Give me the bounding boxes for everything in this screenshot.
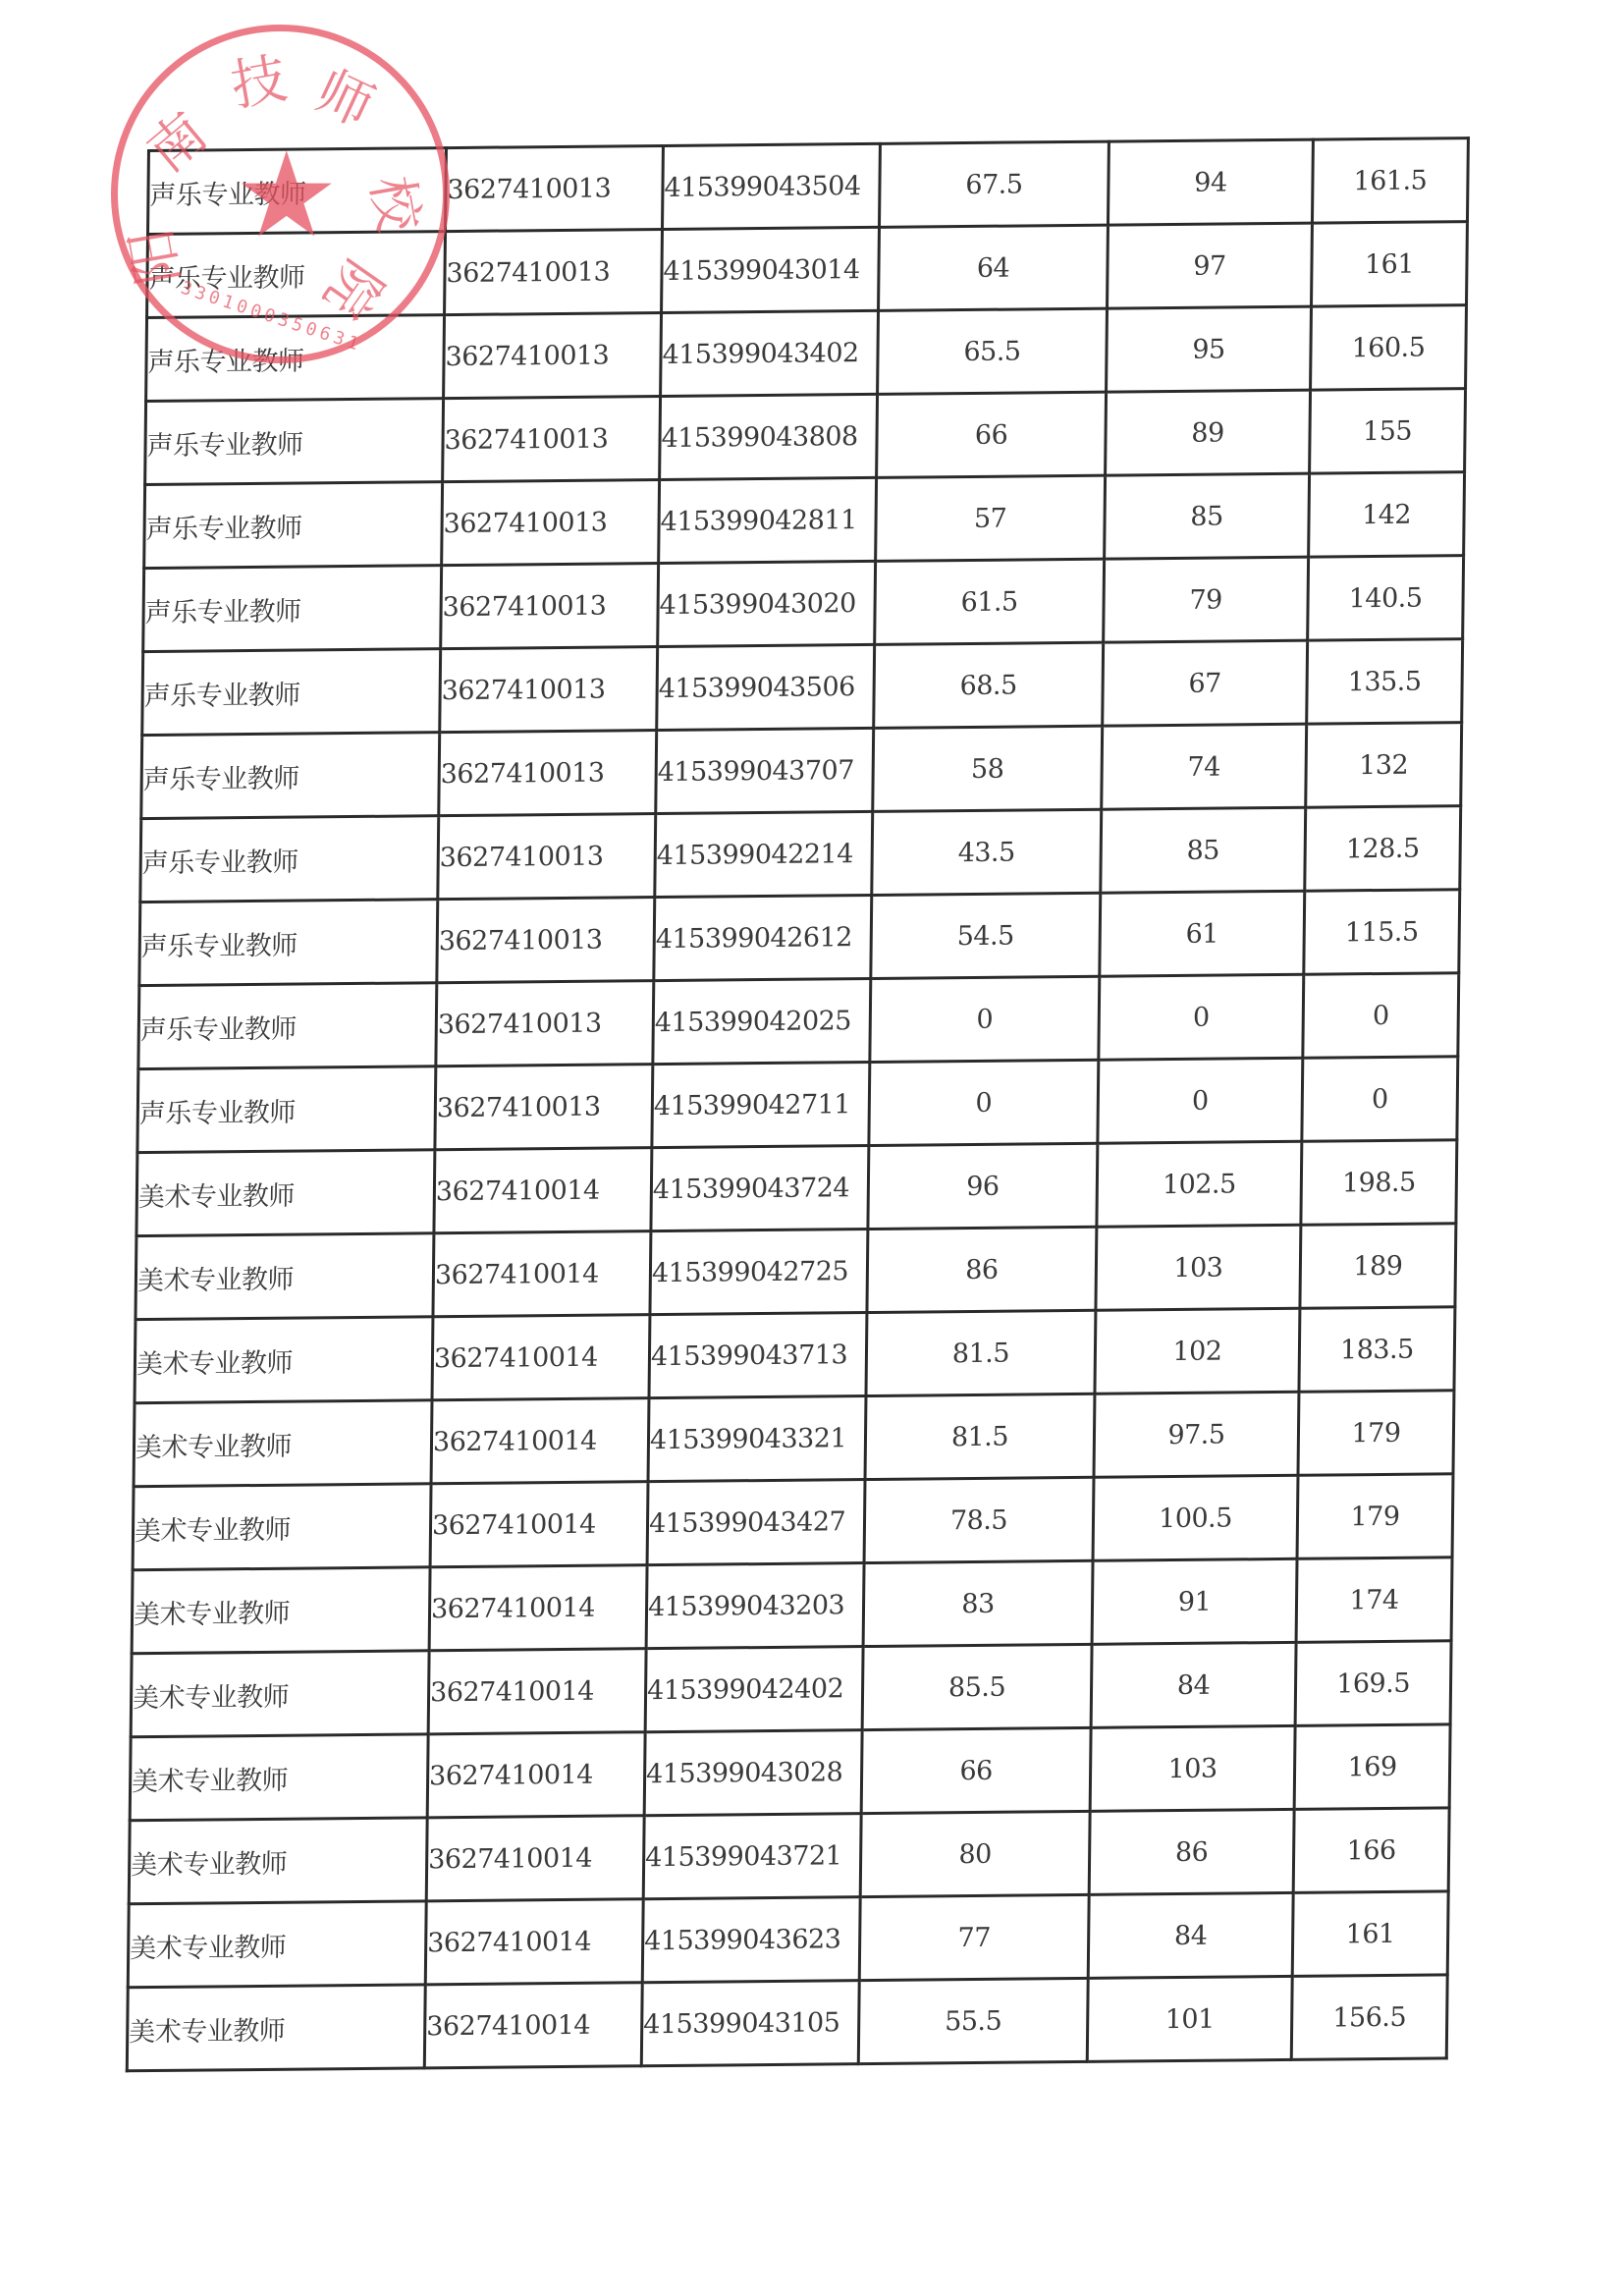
ticket-number-cell: 415399043321 [648,1396,866,1482]
post-name-cell: 声乐专业教师 [140,816,439,902]
post-code-cell: 3627410013 [437,898,655,983]
interview-score-cell: 103 [1090,1725,1295,1811]
interview-score-cell: 97 [1108,223,1313,308]
interview-score-cell: 79 [1104,557,1309,642]
table-row: 声乐专业教师362741001341539904302061.579140.5 [143,556,1464,652]
ticket-number-cell: 415399043707 [656,728,874,813]
table-row: 美术专业教师362741001441539904272586103189 [135,1224,1456,1320]
post-name-cell: 声乐专业教师 [148,148,447,235]
written-score-cell: 81.5 [865,1394,1095,1479]
table-row: 美术专业教师36274100144153990437218086166 [129,1808,1449,1904]
written-score-cell: 61.5 [875,559,1105,644]
seal-char: 师 [305,48,389,142]
post-name-cell: 美术专业教师 [130,1734,428,1821]
interview-score-cell: 67 [1103,640,1308,726]
interview-score-cell: 100.5 [1093,1475,1298,1560]
ticket-number-cell: 415399043724 [651,1145,869,1230]
post-name-cell: 美术专业教师 [134,1400,432,1487]
total-score-cell: 135.5 [1307,639,1463,725]
post-code-cell: 3627410014 [425,1899,643,1985]
post-code-cell: 3627410014 [431,1398,649,1484]
table-row: 声乐专业教师362741001341539904261254.561115.5 [139,890,1460,986]
total-score-cell: 161.5 [1312,138,1468,224]
total-score-cell: 155 [1310,389,1466,474]
table-row: 声乐专业教师36274100134153990428115785142 [144,472,1465,569]
written-score-cell: 0 [869,1060,1099,1145]
ticket-number-cell: 415399043713 [649,1313,867,1398]
table-row: 声乐专业教师36274100134153990437075874132 [141,723,1462,819]
post-name-cell: 声乐专业教师 [139,900,438,986]
ticket-number-cell: 415399042612 [654,895,872,980]
interview-score-cell: 86 [1089,1809,1294,1894]
interview-score-cell: 84 [1088,1892,1293,1978]
ticket-number-cell: 415399043623 [642,1897,860,1983]
table-row: 美术专业教师362741001441539904372496102.5198.5 [136,1140,1457,1236]
total-score-cell: 183.5 [1299,1307,1455,1393]
post-name-cell: 声乐专业教师 [141,733,440,819]
post-code-cell: 3627410013 [445,229,663,314]
post-code-cell: 3627410013 [441,564,659,649]
table-row: 美术专业教师362741001441539904310555.5101156.5 [127,1975,1447,2071]
post-code-cell: 3627410013 [438,814,656,900]
interview-score-cell: 0 [1098,1058,1303,1143]
ticket-number-cell: 415399043020 [658,561,876,646]
post-code-cell: 3627410014 [428,1649,646,1734]
ticket-number-cell: 415399043504 [662,143,880,229]
post-code-cell: 3627410013 [435,1065,653,1150]
table-row: 美术专业教师362741001441539904342778.5100.5179 [133,1474,1453,1570]
table-row: 美术专业教师362741001441539904371381.5102183.5 [135,1307,1455,1403]
seal-char: 技 [224,35,292,123]
ticket-number-cell: 415399043427 [647,1480,865,1565]
ticket-number-cell: 415399043203 [646,1563,864,1649]
ticket-number-cell: 415399042402 [645,1647,863,1732]
post-name-cell: 声乐专业教师 [145,399,444,485]
total-score-cell: 115.5 [1304,890,1460,975]
written-score-cell: 78.5 [864,1477,1094,1562]
post-code-cell: 3627410013 [446,145,664,231]
post-name-cell: 声乐专业教师 [142,649,441,736]
post-name-cell: 声乐专业教师 [147,232,446,318]
total-score-cell: 198.5 [1301,1140,1457,1226]
score-table: 声乐专业教师362741001341539904350467.594161.5声… [126,137,1470,2072]
table-row: 声乐专业教师3627410013415399042711000 [137,1057,1458,1153]
total-score-cell: 169 [1294,1724,1450,1810]
scanned-document-page: 声乐专业教师362741001341539904350467.594161.5声… [0,0,1623,2296]
written-score-cell: 80 [860,1811,1090,1896]
written-score-cell: 65.5 [878,308,1108,394]
ticket-number-cell: 415399042725 [650,1230,868,1315]
post-name-cell: 美术专业教师 [133,1484,431,1570]
ticket-number-cell: 415399043402 [661,310,879,396]
post-name-cell: 声乐专业教师 [137,1066,436,1153]
total-score-cell: 142 [1309,472,1465,558]
ticket-number-cell: 415399042711 [652,1062,870,1147]
post-name-cell: 美术专业教师 [127,1985,425,2071]
written-score-cell: 81.5 [866,1310,1096,1395]
total-score-cell: 169.5 [1295,1641,1451,1726]
written-score-cell: 0 [870,976,1100,1062]
table-row: 美术专业教师362741001441539904302866103169 [130,1724,1450,1821]
interview-score-cell: 101 [1087,1976,1292,2061]
interview-score-cell: 97.5 [1094,1392,1299,1477]
total-score-cell: 166 [1293,1808,1449,1893]
post-name-cell: 美术专业教师 [129,1818,427,1904]
ticket-number-cell: 415399042025 [653,978,871,1064]
total-score-cell: 174 [1296,1558,1452,1643]
post-code-cell: 3627410013 [443,396,661,481]
written-score-cell: 83 [863,1560,1093,1646]
written-score-cell: 96 [868,1143,1098,1229]
written-score-cell: 67.5 [879,141,1109,227]
post-code-cell: 3627410014 [433,1231,651,1317]
score-table-body: 声乐专业教师362741001341539904350467.594161.5声… [127,138,1468,2071]
ticket-number-cell: 415399043105 [641,1981,859,2066]
written-score-cell: 58 [873,726,1103,811]
table-row: 声乐专业教师36274100134153990438086689155 [145,389,1466,485]
interview-score-cell: 89 [1106,390,1311,475]
written-score-cell: 55.5 [858,1978,1088,2063]
post-name-cell: 美术专业教师 [128,1901,426,1988]
total-score-cell: 0 [1302,1057,1458,1142]
table-row: 声乐专业教师362741001341539904350668.567135.5 [142,639,1463,736]
interview-score-cell: 61 [1100,891,1305,976]
post-code-cell: 3627410014 [426,1816,644,1901]
post-name-cell: 美术专业教师 [135,1233,434,1320]
ticket-number-cell: 415399042214 [655,811,873,897]
post-code-cell: 3627410013 [444,312,662,398]
table-row: 声乐专业教师36274100134153990430146497161 [147,222,1468,318]
post-code-cell: 3627410013 [442,480,660,566]
written-score-cell: 43.5 [872,809,1102,895]
written-score-cell: 85.5 [862,1644,1092,1729]
total-score-cell: 189 [1300,1224,1456,1309]
total-score-cell: 132 [1306,723,1462,808]
interview-score-cell: 85 [1105,473,1310,559]
written-score-cell: 57 [876,475,1106,561]
post-name-cell: 美术专业教师 [135,1317,433,1403]
written-score-cell: 66 [877,392,1107,477]
table-row: 声乐专业教师362741001341539904221443.585128.5 [140,806,1461,902]
total-score-cell: 179 [1298,1391,1454,1476]
written-score-cell: 66 [861,1727,1091,1813]
post-name-cell: 声乐专业教师 [143,566,442,652]
table-row: 美术专业教师36274100144153990432038391174 [132,1558,1452,1654]
table-row: 声乐专业教师362741001341539904350467.594161.5 [148,138,1469,235]
ticket-number-cell: 415399042811 [659,477,877,563]
interview-score-cell: 102.5 [1097,1141,1302,1227]
written-score-cell: 64 [879,225,1109,310]
interview-score-cell: 95 [1107,306,1312,392]
interview-score-cell: 102 [1095,1308,1300,1394]
post-code-cell: 3627410014 [424,1983,642,2068]
post-name-cell: 美术专业教师 [132,1567,430,1654]
ticket-number-cell: 415399043014 [662,227,880,312]
ticket-number-cell: 415399043721 [643,1814,861,1899]
total-score-cell: 156.5 [1291,1975,1447,2060]
post-name-cell: 声乐专业教师 [138,983,437,1069]
interview-score-cell: 84 [1091,1642,1296,1727]
interview-score-cell: 0 [1099,974,1304,1060]
post-name-cell: 声乐专业教师 [146,315,445,402]
post-code-cell: 3627410014 [429,1565,647,1651]
written-score-cell: 86 [867,1227,1097,1312]
total-score-cell: 160.5 [1311,305,1467,391]
written-score-cell: 54.5 [871,893,1101,978]
post-code-cell: 3627410013 [439,731,657,816]
post-name-cell: 声乐专业教师 [144,482,443,569]
post-name-cell: 美术专业教师 [131,1651,429,1737]
total-score-cell: 128.5 [1305,806,1461,892]
written-score-cell: 77 [859,1894,1089,1980]
ticket-number-cell: 415399043028 [644,1730,862,1816]
post-code-cell: 3627410014 [432,1315,650,1400]
interview-score-cell: 74 [1102,724,1307,809]
post-name-cell: 美术专业教师 [136,1150,435,1236]
total-score-cell: 140.5 [1308,556,1464,641]
post-code-cell: 3627410013 [436,981,654,1066]
ticket-number-cell: 415399043506 [657,644,875,730]
total-score-cell: 179 [1297,1474,1453,1559]
total-score-cell: 161 [1292,1891,1448,1977]
table-row: 声乐专业教师362741001341539904340265.595160.5 [146,305,1467,402]
written-score-cell: 68.5 [874,642,1104,728]
table-row: 美术专业教师362741001441539904240285.584169.5 [131,1641,1451,1737]
table-row: 声乐专业教师3627410013415399042025000 [138,973,1459,1069]
interview-score-cell: 85 [1101,807,1306,893]
table-row: 美术专业教师36274100144153990436237784161 [128,1891,1448,1988]
interview-score-cell: 103 [1096,1225,1301,1310]
post-code-cell: 3627410014 [427,1732,645,1818]
ticket-number-cell: 415399043808 [660,394,878,479]
post-code-cell: 3627410014 [430,1482,648,1567]
table-row: 美术专业教师362741001441539904332181.597.5179 [134,1391,1454,1487]
total-score-cell: 0 [1303,973,1459,1059]
interview-score-cell: 94 [1108,139,1313,225]
post-code-cell: 3627410013 [440,647,658,733]
total-score-cell: 161 [1311,222,1467,307]
interview-score-cell: 91 [1092,1558,1297,1644]
post-code-cell: 3627410014 [434,1148,652,1233]
